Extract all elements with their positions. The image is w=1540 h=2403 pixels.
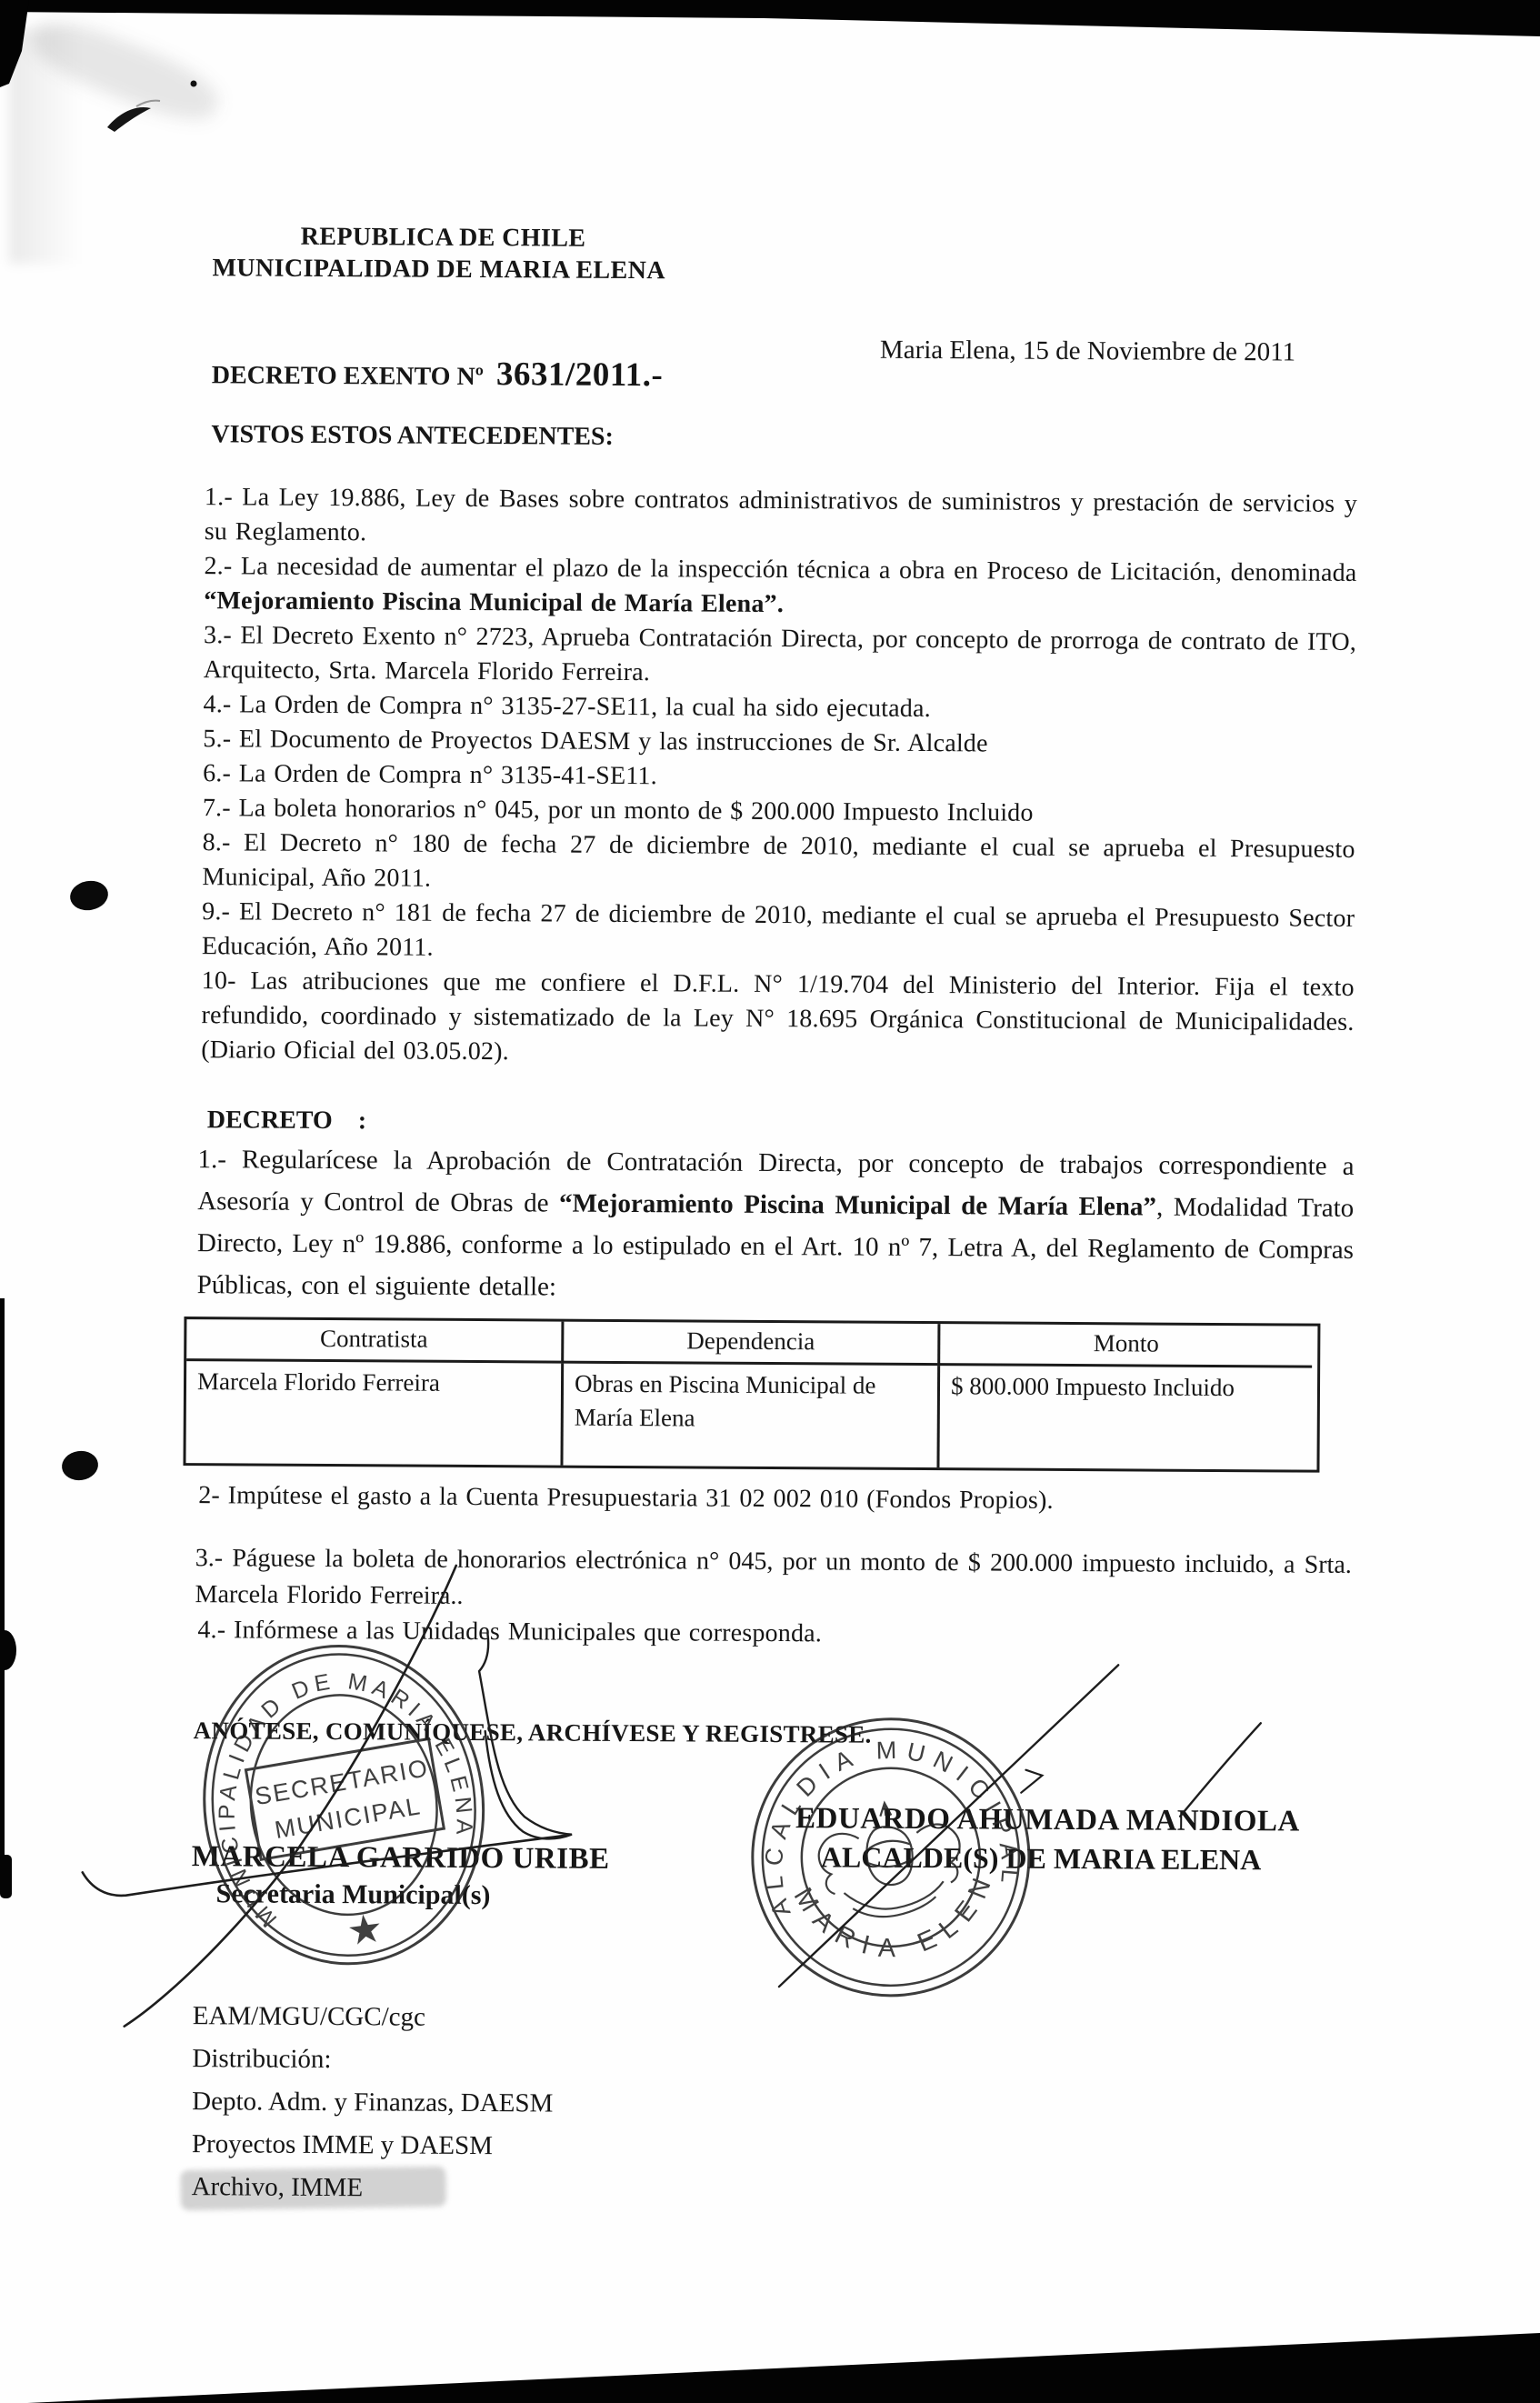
punch-hole-top: [68, 878, 111, 914]
scanned-decree-document: { "header": { "line1": "REPUBLICA DE CHI…: [0, 0, 1540, 2403]
scan-left-edge-blob-2: [0, 1855, 12, 1898]
scan-topleft-corner: [0, 0, 29, 87]
pen-flick-mark: [107, 107, 151, 132]
scan-top-bar: [0, 0, 1540, 36]
scan-left-edge-line: [0, 1298, 5, 1891]
scan-left-edge-blob-1: [0, 1630, 16, 1670]
punch-hole-bottom: [60, 1448, 100, 1482]
pen-flick-tail: [136, 101, 160, 106]
scan-artifacts-layer: [0, 0, 1540, 2403]
ink-dot: [191, 81, 197, 87]
scan-bottom-bar: [27, 2333, 1540, 2403]
